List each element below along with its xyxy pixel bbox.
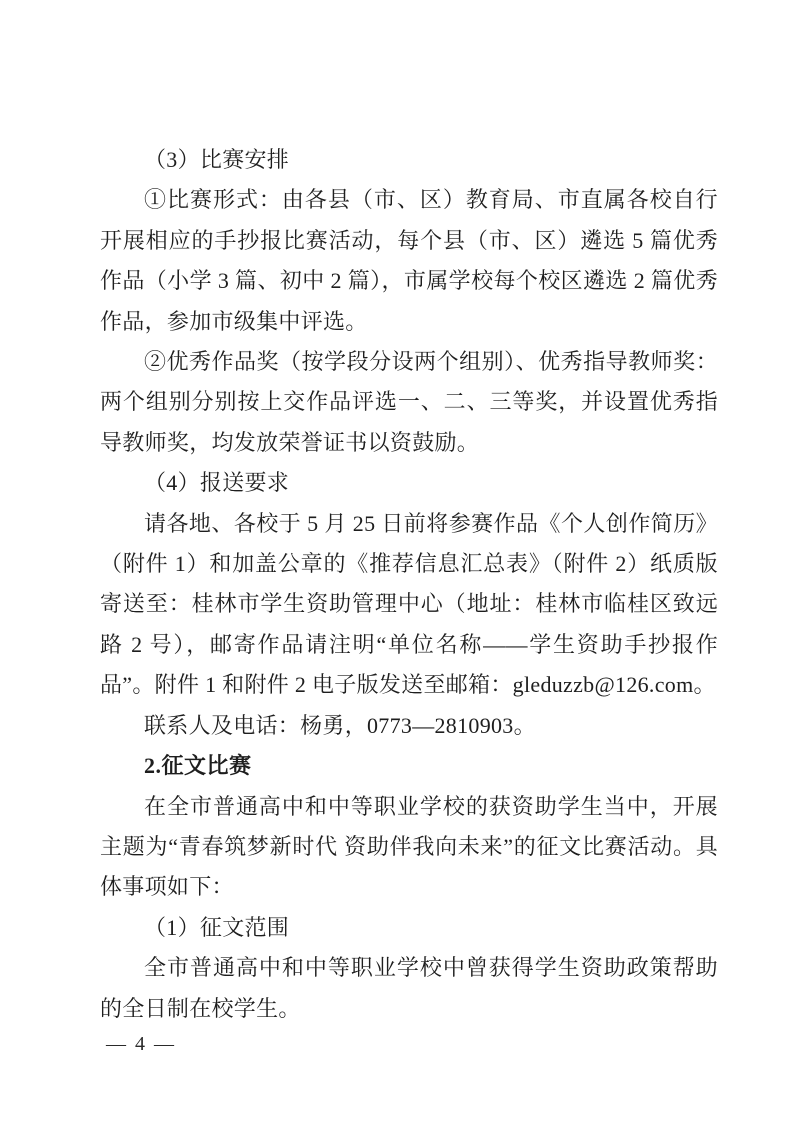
- paragraph: ②优秀作品奖（按学段分设两个组别）、优秀指导教师奖：两个组别分别按上交作品评选一…: [100, 342, 718, 463]
- paragraph: ①比赛形式：由各县（市、区）教育局、市直属各校自行开展相应的手抄报比赛活动，每个…: [100, 180, 718, 342]
- paragraph: （3）比赛安排: [100, 140, 718, 180]
- paragraph: （1）征文范围: [100, 908, 718, 948]
- page-footer: — 4 —: [106, 1033, 176, 1056]
- document-body: （3）比赛安排 ①比赛形式：由各县（市、区）教育局、市直属各校自行开展相应的手抄…: [100, 140, 718, 1029]
- paragraph: 联系人及电话：杨勇，0773—2810903。: [100, 706, 718, 746]
- paragraph: 请各地、各校于 5 月 25 日前将参赛作品《个人创作简历》（附件 1）和加盖公…: [100, 504, 718, 706]
- document-page: （3）比赛安排 ①比赛形式：由各县（市、区）教育局、市直属各校自行开展相应的手抄…: [0, 0, 800, 1131]
- paragraph: 在全市普通高中和中等职业学校的获资助学生当中，开展主题为“青春筑梦新时代 资助伴…: [100, 787, 718, 908]
- paragraph: 全市普通高中和中等职业学校中曾获得学生资助政策帮助的全日制在校学生。: [100, 948, 718, 1029]
- paragraph: （4）报送要求: [100, 463, 718, 503]
- paragraph: 2.征文比赛: [100, 746, 718, 786]
- page-number: — 4 —: [106, 1033, 176, 1055]
